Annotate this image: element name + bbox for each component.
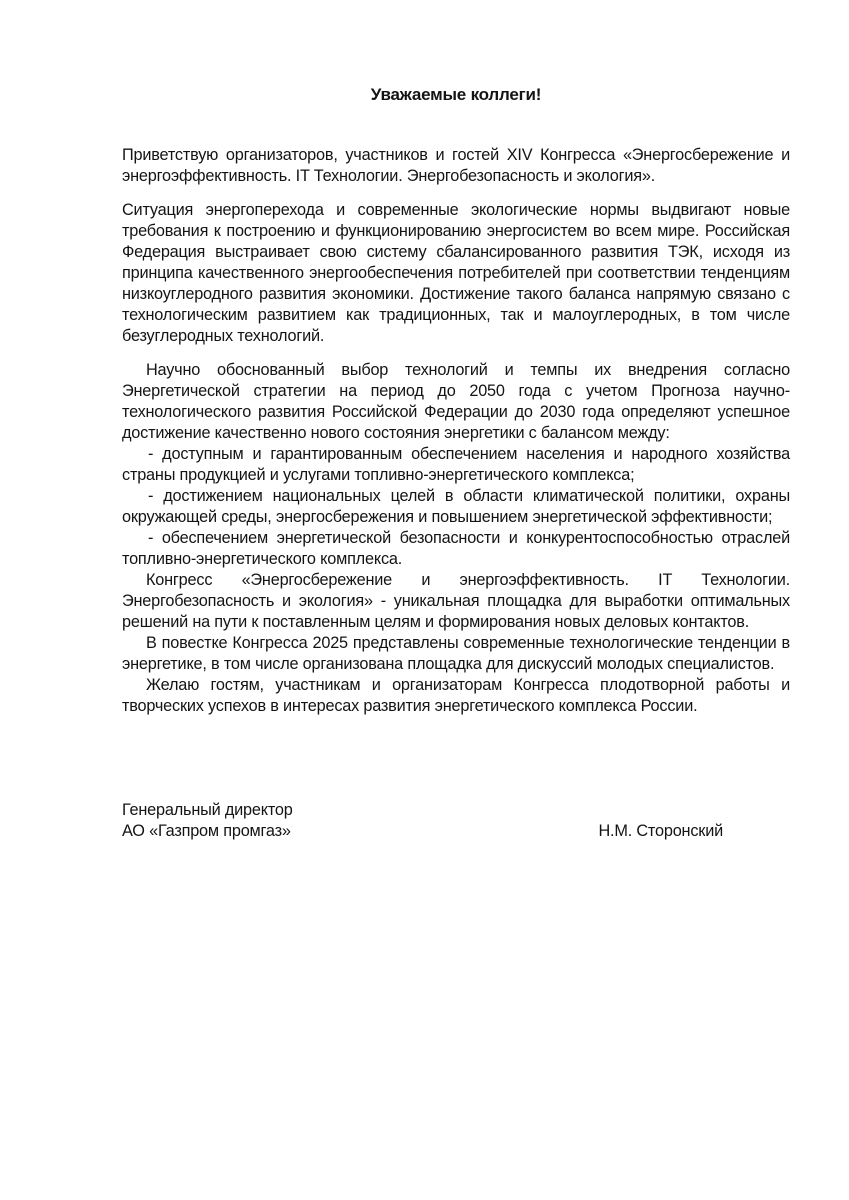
bullet-supply: - доступным и гарантированным обеспечени… xyxy=(122,444,790,486)
paragraph-strategy: Научно обоснованный выбор технологий и т… xyxy=(122,360,790,444)
document-page: Уважаемые коллеги! Приветствую организат… xyxy=(0,0,849,1200)
signature-position-line2: АО «Газпром промгаз» xyxy=(122,821,291,842)
paragraph-context: Ситуация энергоперехода и современные эк… xyxy=(122,200,790,347)
signature-block: Генеральный директор АО «Газпром промгаз… xyxy=(122,800,790,842)
paragraph-greeting: Приветствую организаторов, участников и … xyxy=(122,145,790,187)
paragraph-agenda-2025: В повестке Конгресса 2025 представлены с… xyxy=(122,633,790,675)
bullet-climate: - достижением национальных целей в облас… xyxy=(122,486,790,528)
signature-name: Н.М. Сторонский xyxy=(598,821,723,842)
paragraph-wishes: Желаю гостям, участникам и организаторам… xyxy=(122,675,790,717)
letter-body: Уважаемые коллеги! Приветствую организат… xyxy=(122,84,790,842)
paragraph-congress-platform: Конгресс «Энергосбережение и энергоэффек… xyxy=(122,570,790,633)
bullet-security: - обеспечением энергетической безопаснос… xyxy=(122,528,790,570)
letter-title: Уважаемые коллеги! xyxy=(122,84,790,105)
signature-position-line1: Генеральный директор xyxy=(122,800,790,821)
signature-row: АО «Газпром промгаз» Н.М. Сторонский xyxy=(122,821,790,842)
